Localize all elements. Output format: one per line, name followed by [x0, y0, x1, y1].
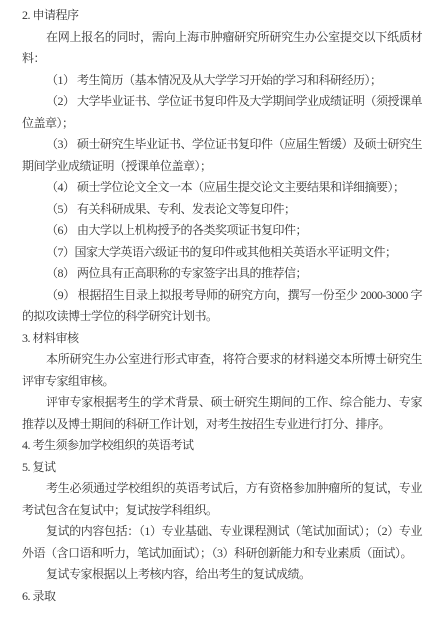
- section-heading-english-exam: 4. 考生须参加学校组织的英语考试: [22, 435, 422, 457]
- list-item-3: （3） 硕士研究生毕业证书、学位证书复印件（应届生暂缓）及硕士研究生期间学业成绩…: [22, 134, 422, 177]
- list-item-6: （6） 由大学以上机构授予的各类奖项证书复印件；: [22, 220, 422, 242]
- list-item-8: （8） 两位具有正高职称的专家签字出具的推荐信；: [22, 263, 422, 285]
- list-item-7: （7）国家大学英语六级证书的复印件或其他相关英语水平证明文件；: [22, 242, 422, 264]
- list-item-4: （4） 硕士学位论文全文一本（应届生提交论文主要结果和详细摘要）；: [22, 177, 422, 199]
- paragraph-reexam-eligibility: 考生必须通过学校组织的英语考试后，方有资格参加肿瘤所的复试，专业考试包含在复试中…: [22, 478, 422, 521]
- paragraph-expert-scoring: 评审专家根据考生的学术背景、硕士研究生期间的工作、综合能力、专家推荐以及博士期间…: [22, 392, 422, 435]
- section-heading-material-review: 3. 材料审核: [22, 328, 422, 350]
- section-heading-admission: 6. 录取: [22, 586, 422, 608]
- list-item-2: （2） 大学毕业证书、学位证书复印件及大学期间学业成绩证明（须授课单位盖章）；: [22, 91, 422, 134]
- paragraph-formal-review: 本所研究生办公室进行形式审查，将符合要求的材料递交本所博士研究生评审专家组审核。: [22, 349, 422, 392]
- document-page: 2. 申请程序 在网上报名的同时，需向上海市肿瘤研究所研究生办公室提交以下纸质材…: [0, 0, 444, 627]
- paragraph-submit-materials-intro: 在网上报名的同时，需向上海市肿瘤研究所研究生办公室提交以下纸质材料：: [22, 27, 422, 70]
- section-heading-application-procedure: 2. 申请程序: [22, 5, 422, 27]
- paragraph-reexam-contents: 复试的内容包括：（1）专业基础、专业课程测试（笔试加面试）；（2）专业外语（含口…: [22, 521, 422, 564]
- paragraph-reexam-score: 复试专家根据以上考核内容，给出考生的复试成绩。: [22, 564, 422, 586]
- list-item-1: （1） 考生简历（基本情况及从大学学习开始的学习和科研经历）；: [22, 70, 422, 92]
- list-item-9: （9） 根据招生目录上拟报考导师的研究方向，撰写一份至少 2000-3000 字…: [22, 285, 422, 328]
- list-item-5: （5） 有关科研成果、专利、发表论文等复印件；: [22, 199, 422, 221]
- section-heading-reexamination: 5. 复试: [22, 457, 422, 479]
